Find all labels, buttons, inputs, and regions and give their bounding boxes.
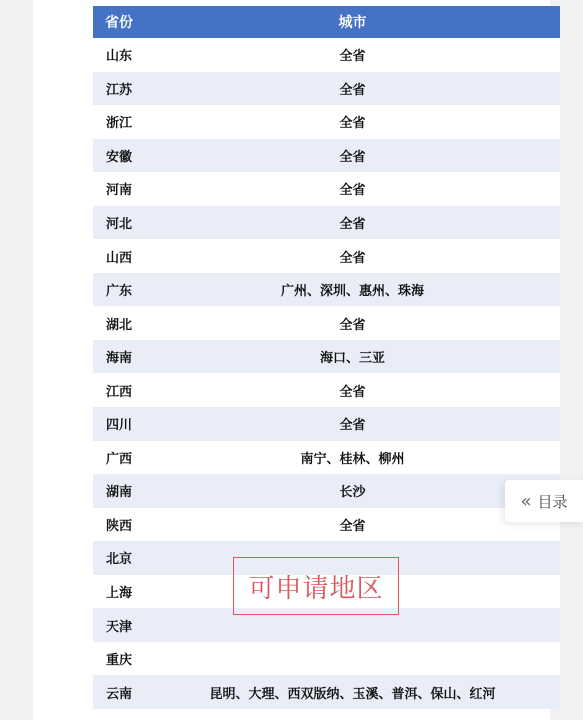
table-row: 江西全省 (93, 373, 560, 407)
city-cell: 全省 (145, 306, 560, 340)
table-row: 广东广州、深圳、惠州、珠海 (93, 273, 560, 307)
table-row: 山东全省 (93, 38, 560, 72)
table-row: 重庆 (93, 642, 560, 676)
city-cell: 广州、深圳、惠州、珠海 (145, 273, 560, 307)
table-row: 陕西全省 (93, 508, 560, 542)
table-row: 江苏全省 (93, 72, 560, 106)
toc-label: 目录 (538, 491, 568, 512)
table-row: 山西全省 (93, 239, 560, 273)
province-cell: 天津 (93, 608, 145, 642)
header-province: 省份 (93, 6, 145, 38)
table-row: 广西南宁、桂林、柳州 (93, 441, 560, 475)
province-cell: 重庆 (93, 642, 145, 676)
province-cell: 海南 (93, 340, 145, 374)
city-cell: 全省 (145, 72, 560, 106)
city-cell: 昆明、大理、西双版纳、玉溪、普洱、保山、红河 (145, 675, 560, 709)
province-cell: 上海 (93, 575, 145, 609)
city-cell: 全省 (145, 508, 560, 542)
province-cell: 山西 (93, 239, 145, 273)
city-cell: 全省 (145, 139, 560, 173)
table-header-row: 省份 城市 (93, 6, 560, 38)
city-cell: 全省 (145, 206, 560, 240)
province-cell: 江苏 (93, 72, 145, 106)
eligible-regions-stamp: 可申请地区 (233, 557, 399, 615)
province-cell: 湖南 (93, 474, 145, 508)
province-cell: 河南 (93, 172, 145, 206)
city-cell: 全省 (145, 38, 560, 72)
table-row: 四川全省 (93, 407, 560, 441)
province-cell: 江西 (93, 373, 145, 407)
province-cell: 广西 (93, 441, 145, 475)
table-row: 浙江全省 (93, 105, 560, 139)
province-cell: 安徽 (93, 139, 145, 173)
table-row: 云南昆明、大理、西双版纳、玉溪、普洱、保山、红河 (93, 675, 560, 709)
city-cell: 全省 (145, 239, 560, 273)
province-cell: 云南 (93, 675, 145, 709)
city-cell: 海口、三亚 (145, 340, 560, 374)
city-cell: 全省 (145, 373, 560, 407)
province-cell: 陕西 (93, 508, 145, 542)
province-cell: 四川 (93, 407, 145, 441)
province-cell: 湖北 (93, 306, 145, 340)
province-cell: 浙江 (93, 105, 145, 139)
city-cell: 全省 (145, 105, 560, 139)
province-cell: 广东 (93, 273, 145, 307)
province-cell: 北京 (93, 541, 145, 575)
table-row: 湖北全省 (93, 306, 560, 340)
city-cell (145, 642, 560, 676)
table-row: 河北全省 (93, 206, 560, 240)
toc-button[interactable]: « 目录 (505, 480, 583, 522)
city-cell: 南宁、桂林、柳州 (145, 441, 560, 475)
city-cell: 全省 (145, 172, 560, 206)
table-row: 河南全省 (93, 172, 560, 206)
double-chevron-left-icon: « (520, 491, 527, 512)
city-cell: 长沙 (145, 474, 560, 508)
table-row: 湖南长沙 (93, 474, 560, 508)
header-city: 城市 (145, 6, 560, 38)
province-cell: 河北 (93, 206, 145, 240)
table-row: 安徽全省 (93, 139, 560, 173)
city-cell: 全省 (145, 407, 560, 441)
province-cell: 山东 (93, 38, 145, 72)
table-row: 海南海口、三亚 (93, 340, 560, 374)
